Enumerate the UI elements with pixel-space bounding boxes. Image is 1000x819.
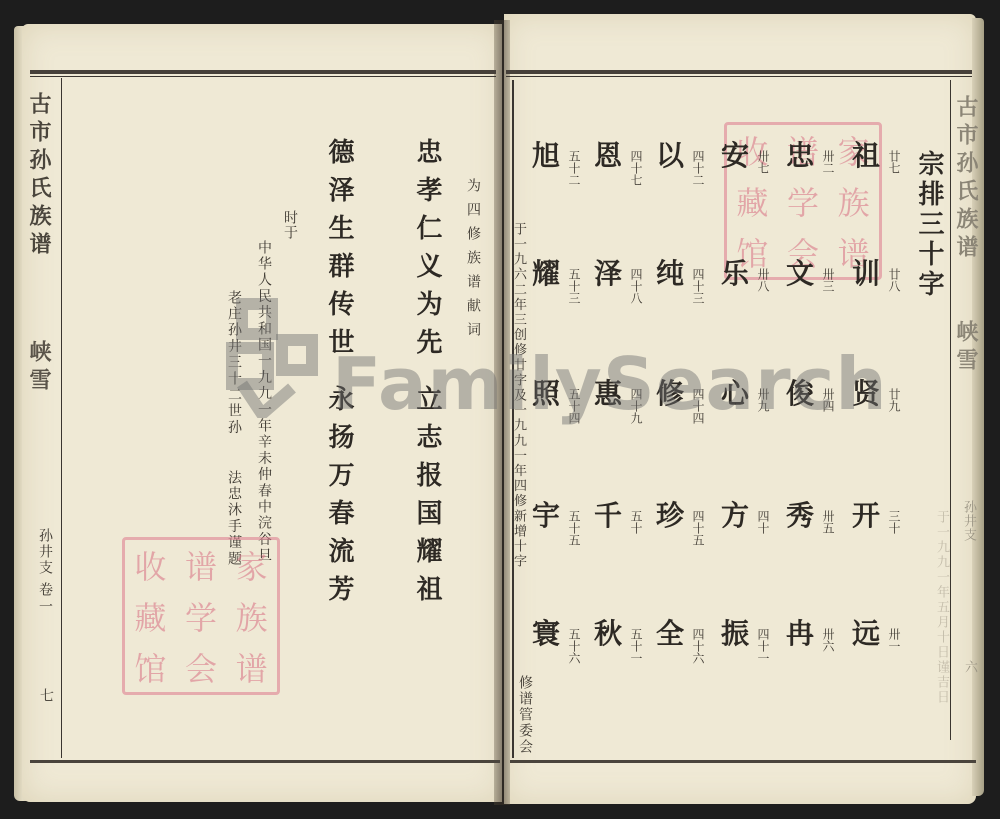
right-margin-section: 峡雪: [955, 320, 977, 376]
generation-char: 安: [718, 142, 752, 170]
bleed-through-note: 于一九九一年五月十日谨吉日: [935, 510, 948, 705]
seal-char: 学: [176, 593, 227, 639]
generation-number: 三十: [888, 510, 900, 534]
left-bottom-rule: [30, 760, 500, 763]
right-margin-title: 古市孙氏族谱: [955, 95, 977, 263]
generation-char: 寰: [529, 620, 563, 648]
left-margin-section: 峡雪: [28, 340, 50, 396]
generation-number: 四十七: [630, 150, 642, 186]
seal-char: 学: [778, 178, 829, 224]
generation-char: 方: [718, 502, 752, 530]
generation-char: 冉: [783, 620, 817, 648]
signature: 修谱管委会: [518, 675, 532, 755]
generation-number: 五十二: [568, 150, 580, 186]
seal-char: 收: [125, 542, 176, 588]
generation-char: 忠: [783, 142, 817, 170]
generation-names-heading: 宗排三十字: [916, 150, 942, 300]
seal-char: 族: [828, 178, 879, 224]
generation-char: 训: [849, 260, 883, 288]
generation-char: 乐: [718, 260, 752, 288]
generation-number: 五十三: [568, 268, 580, 304]
generation-number: 四十三: [692, 268, 704, 304]
seal-char: 藏: [125, 593, 176, 639]
generation-number: 卅七: [757, 150, 769, 174]
seal-char: 会: [176, 644, 227, 690]
generation-char: 纯: [653, 260, 687, 288]
left-margin-branch: 孙井支: [38, 528, 52, 576]
generation-number: 卅二: [822, 150, 834, 174]
generation-char: 旭: [529, 142, 563, 170]
right-margin-branch: 孙井支: [962, 500, 975, 542]
collection-seal-left: 收 谱 家 藏 学 族 馆 会 谱: [122, 537, 280, 695]
right-bottom-rule: [510, 760, 976, 763]
dedication-heading: 为四修族谱献词: [466, 178, 480, 346]
seal-char: 藏: [727, 178, 778, 224]
generation-char: 宇: [529, 502, 563, 530]
seal-char: 馆: [125, 644, 176, 690]
generation-char: 千: [591, 502, 625, 530]
generation-number: 卅三: [822, 268, 834, 292]
generation-number: 五十六: [568, 628, 580, 664]
generation-char: 祖: [849, 142, 883, 170]
generation-number: 四十五: [692, 510, 704, 546]
right-top-rule: [506, 70, 972, 74]
generation-char: 振: [718, 620, 752, 648]
seal-char: 谱: [226, 644, 277, 690]
seal-char: 家: [226, 542, 277, 588]
generation-char: 恩: [591, 142, 625, 170]
left-margin-title: 古市孙氏族谱: [28, 92, 50, 260]
familysearch-watermark: FamilySearch: [332, 342, 888, 426]
generation-number: 四十六: [692, 628, 704, 664]
generation-number: 卅八: [757, 268, 769, 292]
generation-number: 四十: [757, 510, 769, 534]
generation-char: 秀: [783, 502, 817, 530]
generation-number: 四十二: [692, 150, 704, 186]
generation-number: 廿八: [888, 268, 900, 292]
generation-number: 廿九: [888, 388, 900, 412]
generation-char: 珍: [653, 502, 687, 530]
generation-char: 耀: [529, 260, 563, 288]
generation-char: 以: [653, 142, 687, 170]
familysearch-logo-icon: [222, 298, 332, 418]
generation-number: 廿七: [888, 150, 900, 174]
left-top-rule: [30, 70, 496, 74]
right-margin-border: [950, 80, 951, 740]
seal-char: 族: [226, 593, 277, 639]
generation-number: 卅五: [822, 510, 834, 534]
generation-number: 四十一: [757, 628, 769, 664]
poem-line-1a: 忠孝仁义为先: [414, 138, 440, 366]
seal-char: 谱: [176, 542, 227, 588]
generation-number: 卅六: [822, 628, 834, 652]
generation-number: 五十一: [630, 628, 642, 664]
generation-char: 开: [849, 502, 883, 530]
left-margin-border: [61, 78, 62, 758]
generation-number: 四十八: [630, 268, 642, 304]
generation-char: 全: [653, 620, 687, 648]
right-margin-page-number: 六: [963, 660, 976, 674]
generation-number: 卅一: [888, 628, 900, 652]
right-top-rule-thin: [506, 76, 972, 77]
left-margin-page-number: 七: [39, 688, 53, 703]
left-top-rule-thin: [30, 76, 496, 77]
generation-number: 五十: [630, 510, 642, 534]
date-prefix: 时于: [283, 210, 297, 240]
generation-char: 秋: [591, 620, 625, 648]
generation-number: 五十五: [568, 510, 580, 546]
generation-char: 泽: [591, 260, 625, 288]
left-margin-volume: 卷一: [38, 582, 52, 616]
generation-char: 远: [849, 620, 883, 648]
generation-char: 文: [783, 260, 817, 288]
